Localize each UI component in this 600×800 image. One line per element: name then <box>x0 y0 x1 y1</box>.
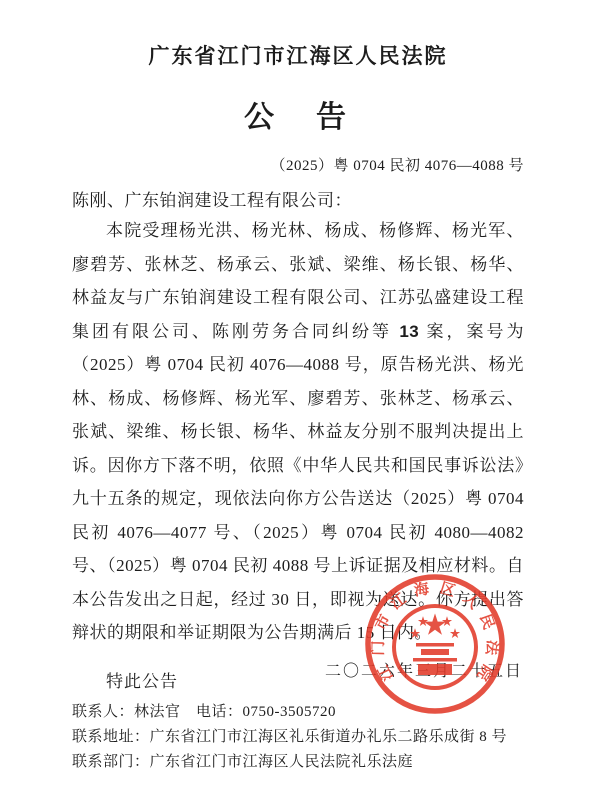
emblem-small-star-icon: ★ <box>410 628 421 640</box>
contact-department-line: 联系部门：广东省江门市江海区人民法院礼乐法庭 <box>72 750 507 775</box>
document-title: 公 告 <box>72 92 524 136</box>
document-page: 广东省江门市江海区人民法院 公 告 （2025）粤 0704 民初 4076—4… <box>0 0 600 800</box>
contact-address-line: 联系地址：广东省江门市江海区礼乐街道办礼乐二路乐成街 8 号 <box>72 725 507 750</box>
emblem-small-star-icon: ★ <box>442 616 453 628</box>
emblem-small-star-icon: ★ <box>418 616 429 628</box>
addressee-line: 陈刚、广东铂润建设工程有限公司： <box>72 186 524 211</box>
court-name: 广东省江门市江海区人民法院 <box>72 40 524 70</box>
emblem-small-star-icon: ★ <box>450 628 461 640</box>
national-emblem-icon: ★ ★ ★ ★ ★ <box>394 606 476 688</box>
case-count: 13 <box>399 322 419 341</box>
case-number: （2025）粤 0704 民初 4076—4088 号 <box>72 154 524 175</box>
court-seal-icon: 江门市江海区人民法院 ★ ★ ★ ★ ★ <box>362 571 508 717</box>
